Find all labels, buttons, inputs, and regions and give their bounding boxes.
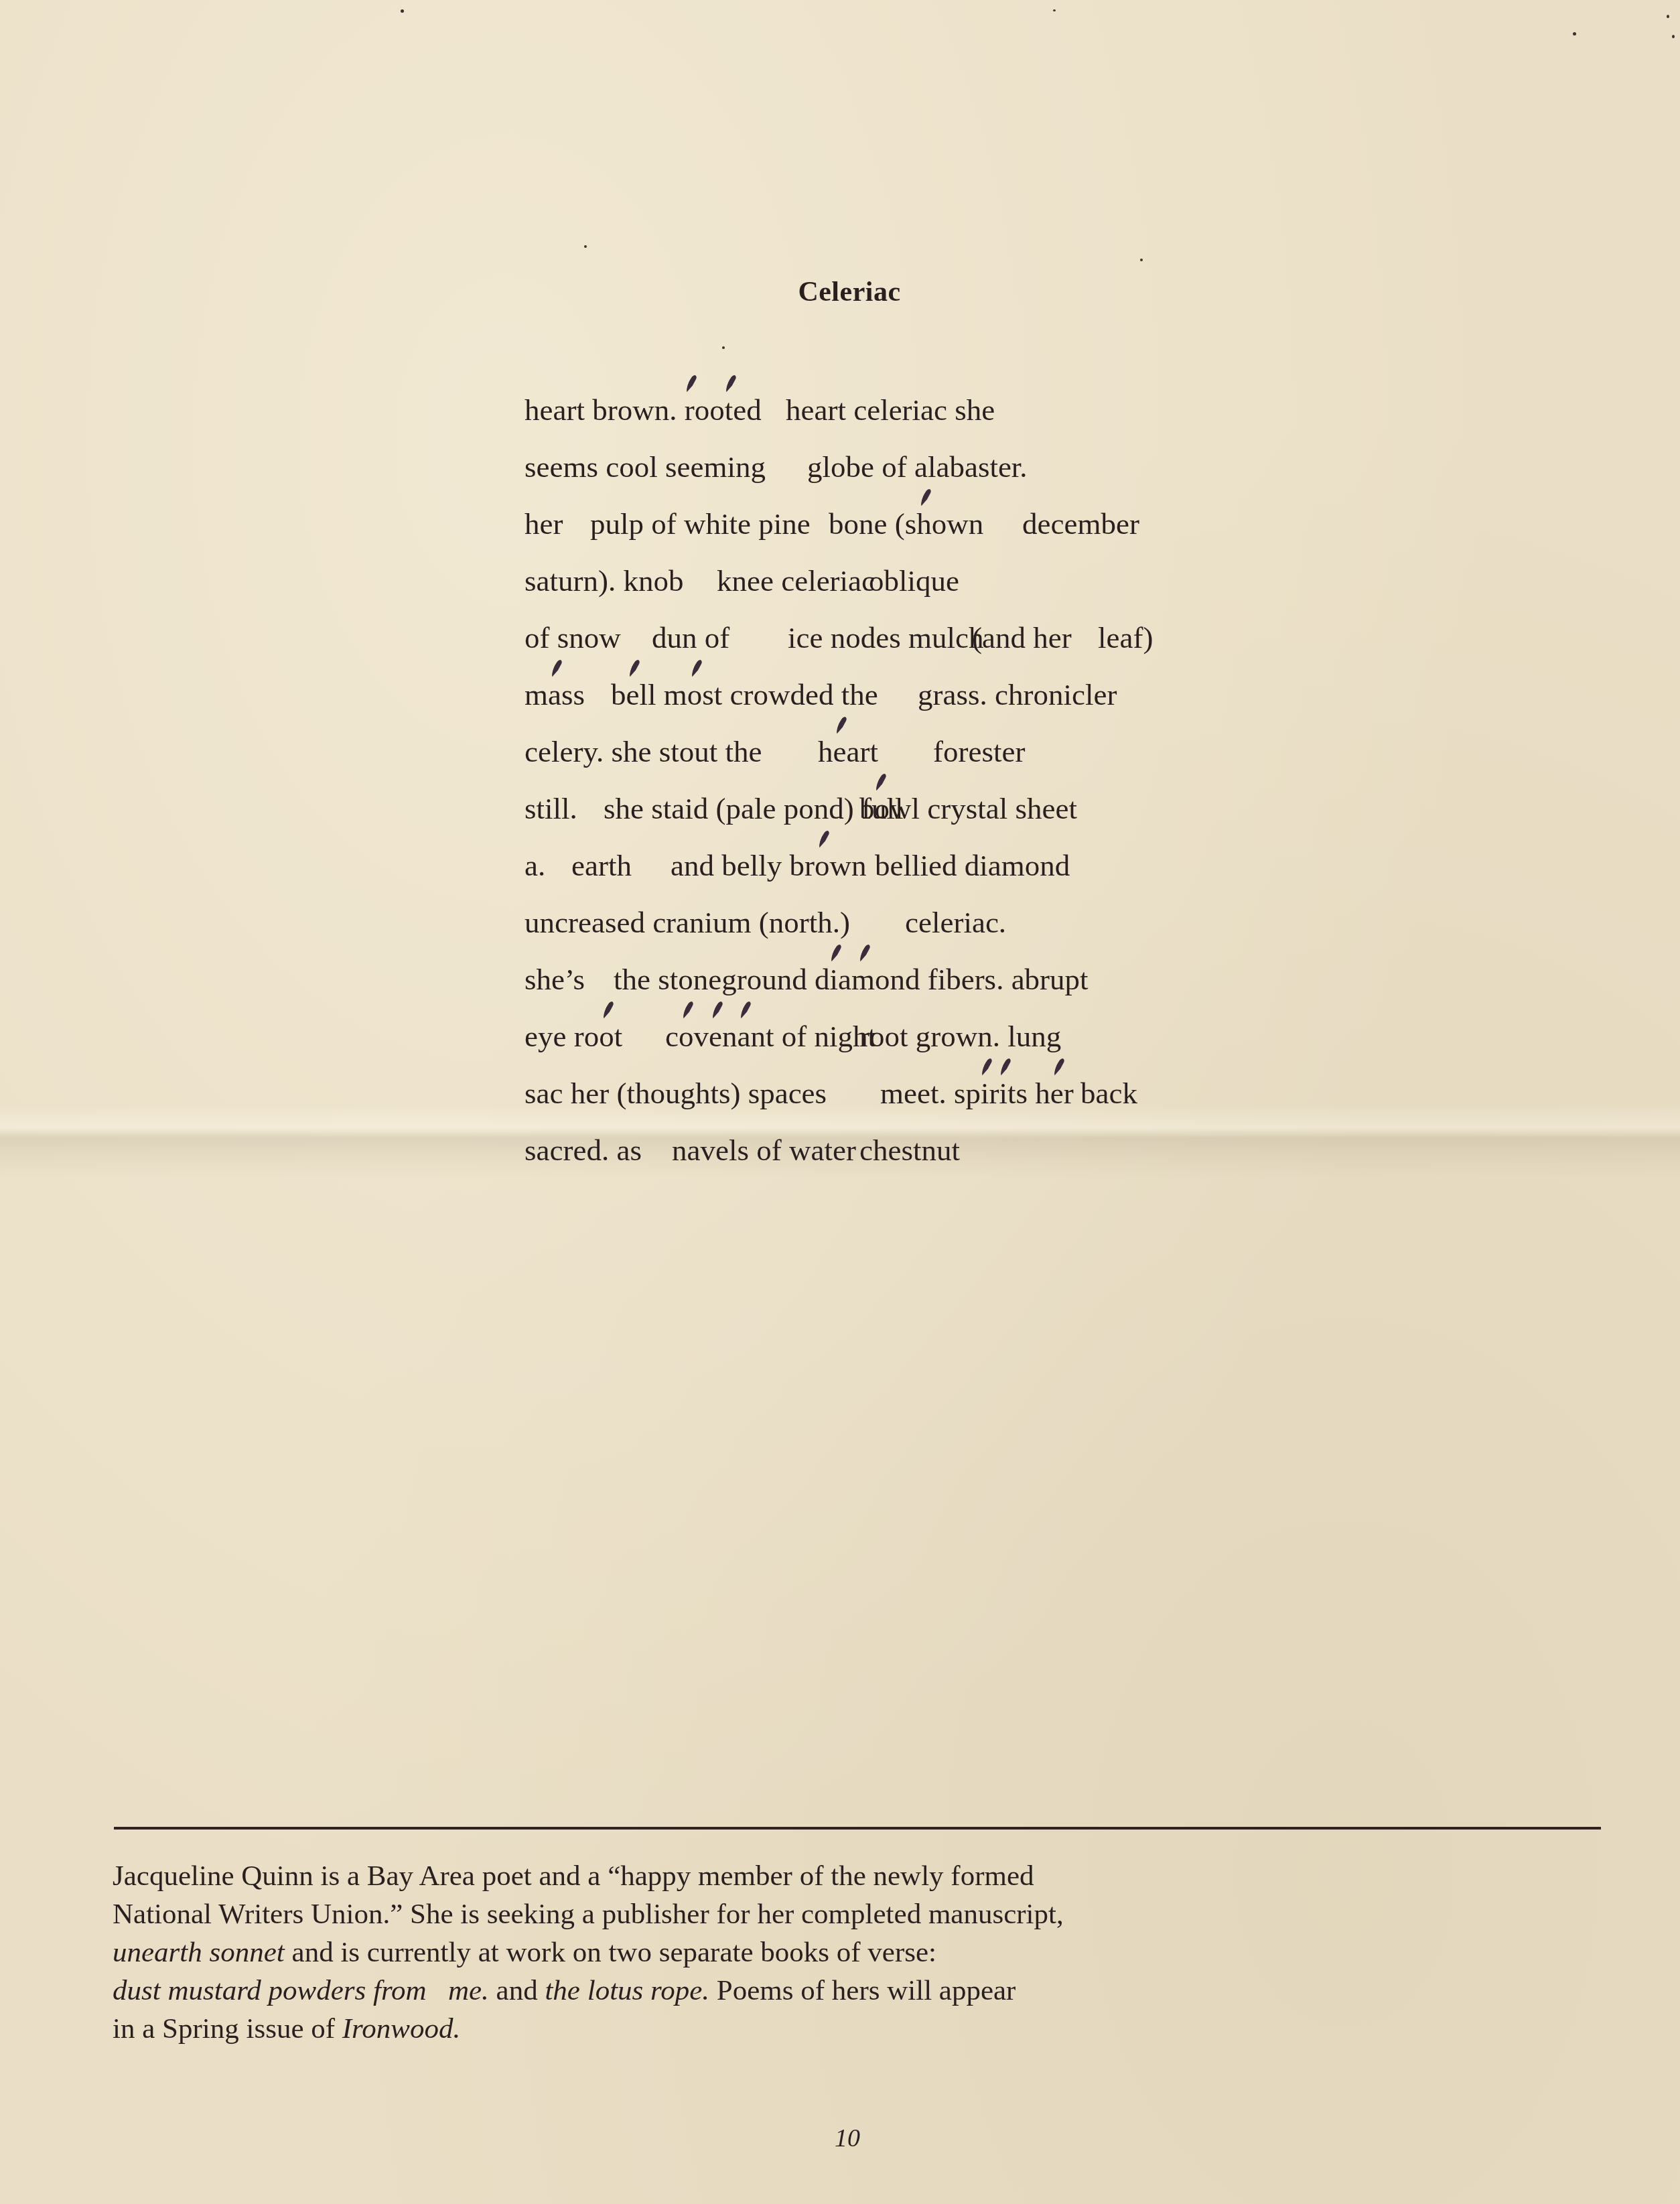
poem-phrase: celeriac.	[905, 908, 1006, 938]
poem-phrase: uncreased cranium (north.)	[524, 908, 850, 938]
poem-phrase: sacred. as	[524, 1135, 642, 1166]
poem-phrase: globe of alabaster.	[807, 452, 1028, 482]
poem-phrase: bell most crowded the	[611, 680, 878, 710]
poem-phrase: she’s	[524, 965, 585, 995]
poem-phrase: dun of	[652, 623, 729, 653]
poem-phrase: eye root	[524, 1022, 622, 1052]
poem-phrase: knee celeriac	[717, 566, 875, 596]
poem-phrase: bone (shown	[829, 509, 983, 539]
poem-phrase: of snow	[524, 623, 621, 653]
poem-phrase: heart	[818, 737, 878, 767]
poem-phrase: back	[1080, 1079, 1137, 1109]
poem-phrase: and belly brown	[671, 851, 866, 881]
bio-italic-title: unearth sonnet	[113, 1937, 285, 1968]
bio-line: unearth sonnet and is currently at work …	[113, 1933, 1318, 1972]
paper-speck	[1053, 9, 1056, 11]
paper-speck	[1573, 32, 1576, 36]
poem-phrase: earth	[571, 851, 632, 881]
poem-phrase: ice nodes mulch	[788, 623, 983, 653]
poem-phrase: covenant of night	[665, 1022, 876, 1052]
poem-phrase: still.	[524, 794, 577, 824]
poem-phrase: her	[524, 509, 563, 539]
bio-text: National Writers Union.” She is seeking …	[113, 1899, 1064, 1930]
poem-phrase: saturn). knob	[524, 566, 683, 596]
poem-phrase: seems cool seeming	[524, 452, 766, 482]
bio-line: Jacqueline Quinn is a Bay Area poet and …	[113, 1857, 1318, 1895]
poem-phrase: heart celeriac she	[786, 395, 995, 425]
poem-phrase: she staid (pale pond) full	[604, 794, 903, 824]
paper-speck	[722, 346, 725, 349]
poem-phrase: forester	[933, 737, 1025, 767]
section-divider-rule	[114, 1827, 1601, 1830]
poem-phrase: (and her	[972, 623, 1072, 653]
bio-line: in a Spring issue of Ironwood.	[113, 2010, 1318, 2048]
paper-speck	[401, 9, 404, 13]
bio-text: Poems of hers will appear	[709, 1975, 1016, 2006]
poem-phrase: pulp of white pine	[590, 509, 811, 539]
bio-text: Jacqueline Quinn is a Bay Area poet and …	[113, 1860, 1034, 1892]
poem-phrase: heart brown. rooted	[524, 395, 762, 425]
bio-italic-title: dust mustard powders from me.	[113, 1975, 489, 2006]
poem-phrase: bowl crystal sheet	[859, 794, 1077, 824]
poem-phrase: grass. chronicler	[918, 680, 1117, 710]
poem-phrase: sac her (thoughts) spaces	[524, 1079, 827, 1109]
poem-phrase: meet. spirits her	[880, 1079, 1074, 1109]
poem-phrase: bellied diamond	[875, 851, 1070, 881]
poem-phrase: a.	[524, 851, 545, 881]
paper-speck	[584, 245, 587, 248]
poem-phrase: mass	[524, 680, 585, 710]
bio-text: in a Spring issue of	[113, 2013, 342, 2045]
poem-title: Celeriac	[0, 276, 1680, 308]
paper-speck	[1140, 259, 1143, 261]
bio-line: National Writers Union.” She is seeking …	[113, 1895, 1318, 1933]
paper-speck	[1672, 35, 1675, 38]
bio-text: and is currently at work on two separate…	[285, 1937, 936, 1968]
poem-phrase: navels of water	[672, 1135, 856, 1166]
page-number: 10	[0, 2124, 1680, 2153]
bio-text: and	[489, 1975, 545, 2006]
paper-speck	[1667, 15, 1669, 18]
poem-phrase: oblique	[869, 566, 959, 596]
bio-italic-title: the lotus rope.	[545, 1975, 709, 2006]
poem-phrase: the stoneground diamond fibers. abrupt	[614, 965, 1089, 995]
bio-line: dust mustard powders from me. and the lo…	[113, 1972, 1318, 2010]
author-bio: Jacqueline Quinn is a Bay Area poet and …	[113, 1857, 1318, 2048]
poem-phrase: december	[1022, 509, 1139, 539]
poem-phrase: celery. she stout the	[524, 737, 762, 767]
bio-italic-title: Ironwood.	[342, 2013, 460, 2045]
poem-phrase: root grown. lung	[859, 1022, 1061, 1052]
poem-phrase: chestnut	[859, 1135, 960, 1166]
poem-phrase: leaf)	[1098, 623, 1153, 653]
